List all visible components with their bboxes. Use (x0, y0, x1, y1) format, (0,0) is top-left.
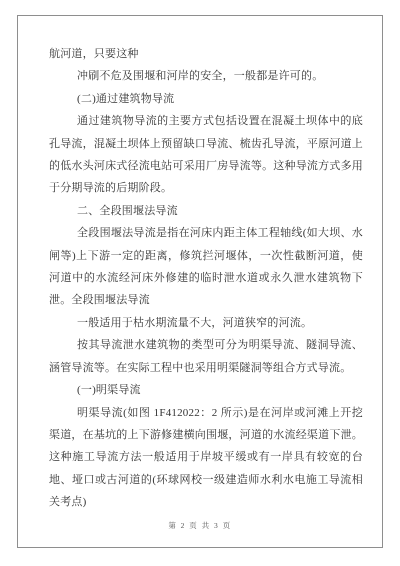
paragraph: 按其导流泄水建筑物的类型可分为明渠导流、隧洞导流、涵管导流等。在实际工程中也采用… (49, 334, 363, 379)
paragraph: 航河道，只要这种 (49, 43, 363, 65)
paragraph: 冲刷不危及围堰和河岸的安全，一般都是许可的。 (49, 65, 363, 87)
document-page: 航河道，只要这种 冲刷不危及围堰和河岸的安全，一般都是许可的。 (二)通过建筑物… (17, 15, 383, 548)
paragraph: 一般适用于枯水期流量不大，河道狭窄的河流。 (49, 312, 363, 334)
paragraph: 全段围堰法导流是指在河床内距主体工程轴线(如大坝、水闸等)上下游一定的距离，修筑… (49, 222, 363, 312)
paragraph-heading: (二)通过建筑物导流 (49, 88, 363, 110)
page-footer: 第 2 页 共 3 页 (18, 520, 382, 531)
paragraph-heading: 二、全段围堰法导流 (49, 200, 363, 222)
paragraph-heading: (一)明渠导流 (49, 379, 363, 401)
document-text: 航河道，只要这种 冲刷不危及围堰和河岸的安全，一般都是许可的。 (二)通过建筑物… (49, 43, 363, 514)
paragraph: 通过建筑物导流的主要方式包括设置在混凝土坝体中的底孔导流，混凝土坝体上预留缺口导… (49, 110, 363, 200)
paragraph: 明渠导流(如图 1F412022：2 所示)是在河岸或河滩上开挖渠道，在基坑的上… (49, 402, 363, 514)
